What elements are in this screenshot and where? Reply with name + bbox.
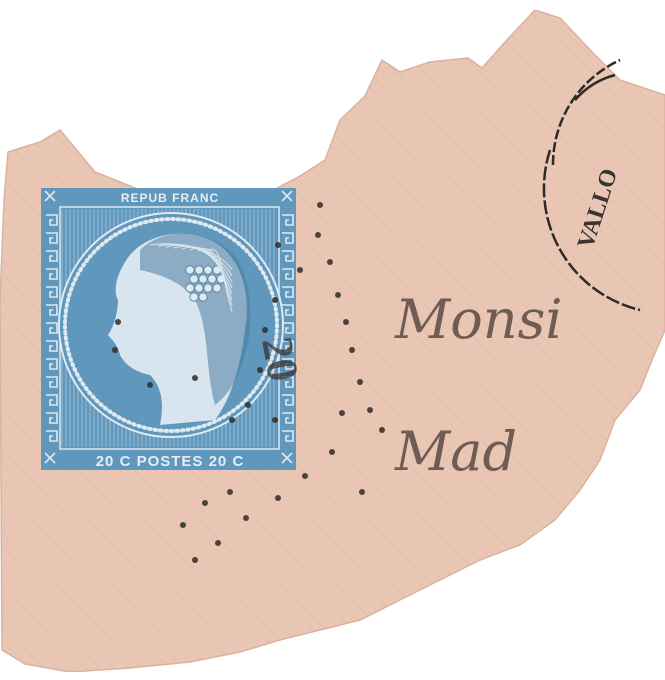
handwriting-line-2: Mad (394, 420, 517, 483)
stamp-bottom-label: 20 C POSTES 20 C (96, 453, 245, 470)
stamp-on-fragment-photo: REPUB FRANC 20 C POSTES 20 C 20 VALLO Mo… (0, 0, 665, 680)
stamp-top-label: REPUB FRANC (121, 191, 219, 205)
cancel-numerals: 20 (252, 333, 308, 385)
scene-svg: REPUB FRANC 20 C POSTES 20 C 20 VALLO Mo… (0, 0, 665, 680)
handwriting-line-1: Monsi (394, 288, 563, 351)
stamp: REPUB FRANC 20 C POSTES 20 C (41, 188, 296, 470)
